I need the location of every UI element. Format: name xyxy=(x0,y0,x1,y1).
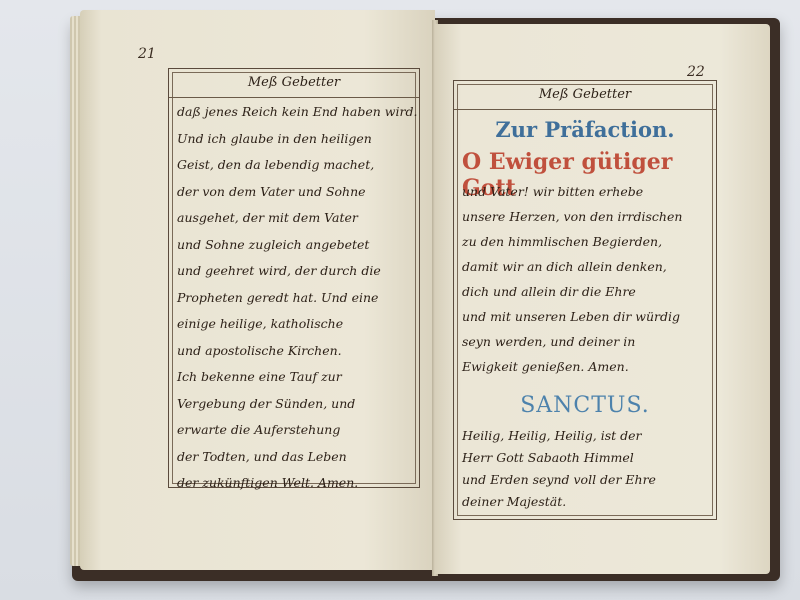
text-line: Und ich glaube in den heiligen xyxy=(177,126,417,153)
right-page-frame: Meß Gebetter Zur Präfaction. O Ewiger gü… xyxy=(453,80,717,520)
text-line: Ich bekenne eine Tauf zur xyxy=(177,364,417,391)
text-line: und Erden seynd voll der Ehre xyxy=(462,469,656,491)
text-line: zu den himmlischen Begierden, xyxy=(462,229,682,254)
sanctus-heading: SANCTUS. xyxy=(454,393,716,418)
left-page: 21 Meß Gebetter daß jenes Reich kein End… xyxy=(80,10,435,570)
right-header-rule xyxy=(454,109,716,110)
right-page: 22 Meß Gebetter Zur Präfaction. O Ewiger… xyxy=(435,24,770,574)
text-line: dich und allein dir die Ehre xyxy=(462,279,682,304)
text-line: Geist, den da lebendig machet, xyxy=(177,152,417,179)
text-line: Propheten geredt hat. Und eine xyxy=(177,285,417,312)
left-running-header: Meß Gebetter xyxy=(169,75,419,90)
left-page-text: daß jenes Reich kein End haben wird. Und… xyxy=(177,99,417,497)
text-line: einige heilige, katholische xyxy=(177,311,417,338)
text-line: der zukünftigen Welt. Amen. xyxy=(177,470,417,497)
prefatio-heading: Zur Präfaction. xyxy=(454,117,716,142)
text-line: damit wir an dich allein denken, xyxy=(462,254,682,279)
text-line: und Vater! wir bitten erhebe xyxy=(462,179,682,204)
text-line: deiner Majestät. xyxy=(462,491,656,513)
text-line: seyn werden, und deiner in xyxy=(462,329,682,354)
prefatio-text: und Vater! wir bitten erhebe unsere Herz… xyxy=(462,179,682,379)
left-page-frame: Meß Gebetter daß jenes Reich kein End ha… xyxy=(168,68,420,488)
photo-background: 21 Meß Gebetter daß jenes Reich kein End… xyxy=(0,0,800,600)
text-line: und geehret wird, der durch die xyxy=(177,258,417,285)
text-line: unsere Herzen, von den irrdischen xyxy=(462,204,682,229)
text-line: und mit unseren Leben dir würdig xyxy=(462,304,682,329)
text-line: und apostolische Kirchen. xyxy=(177,338,417,365)
left-page-number: 21 xyxy=(138,46,156,62)
text-line: der von dem Vater und Sohne xyxy=(177,179,417,206)
text-line: daß jenes Reich kein End haben wird. xyxy=(177,99,417,126)
text-line: und Sohne zugleich angebetet xyxy=(177,232,417,259)
right-page-number: 22 xyxy=(687,64,705,80)
text-line: Vergebung der Sünden, und xyxy=(177,391,417,418)
text-line: Heilig, Heilig, Heilig, ist der xyxy=(462,425,656,447)
right-running-header: Meß Gebetter xyxy=(454,87,716,102)
text-line: erwarte die Auferstehung xyxy=(177,417,417,444)
text-line: Herr Gott Sabaoth Himmel xyxy=(462,447,656,469)
text-line: Ewigkeit genießen. Amen. xyxy=(462,354,682,379)
text-line: ausgehet, der mit dem Vater xyxy=(177,205,417,232)
sanctus-text: Heilig, Heilig, Heilig, ist der Herr Got… xyxy=(462,425,656,513)
left-header-rule xyxy=(169,97,419,98)
text-line: der Todten, und das Leben xyxy=(177,444,417,471)
